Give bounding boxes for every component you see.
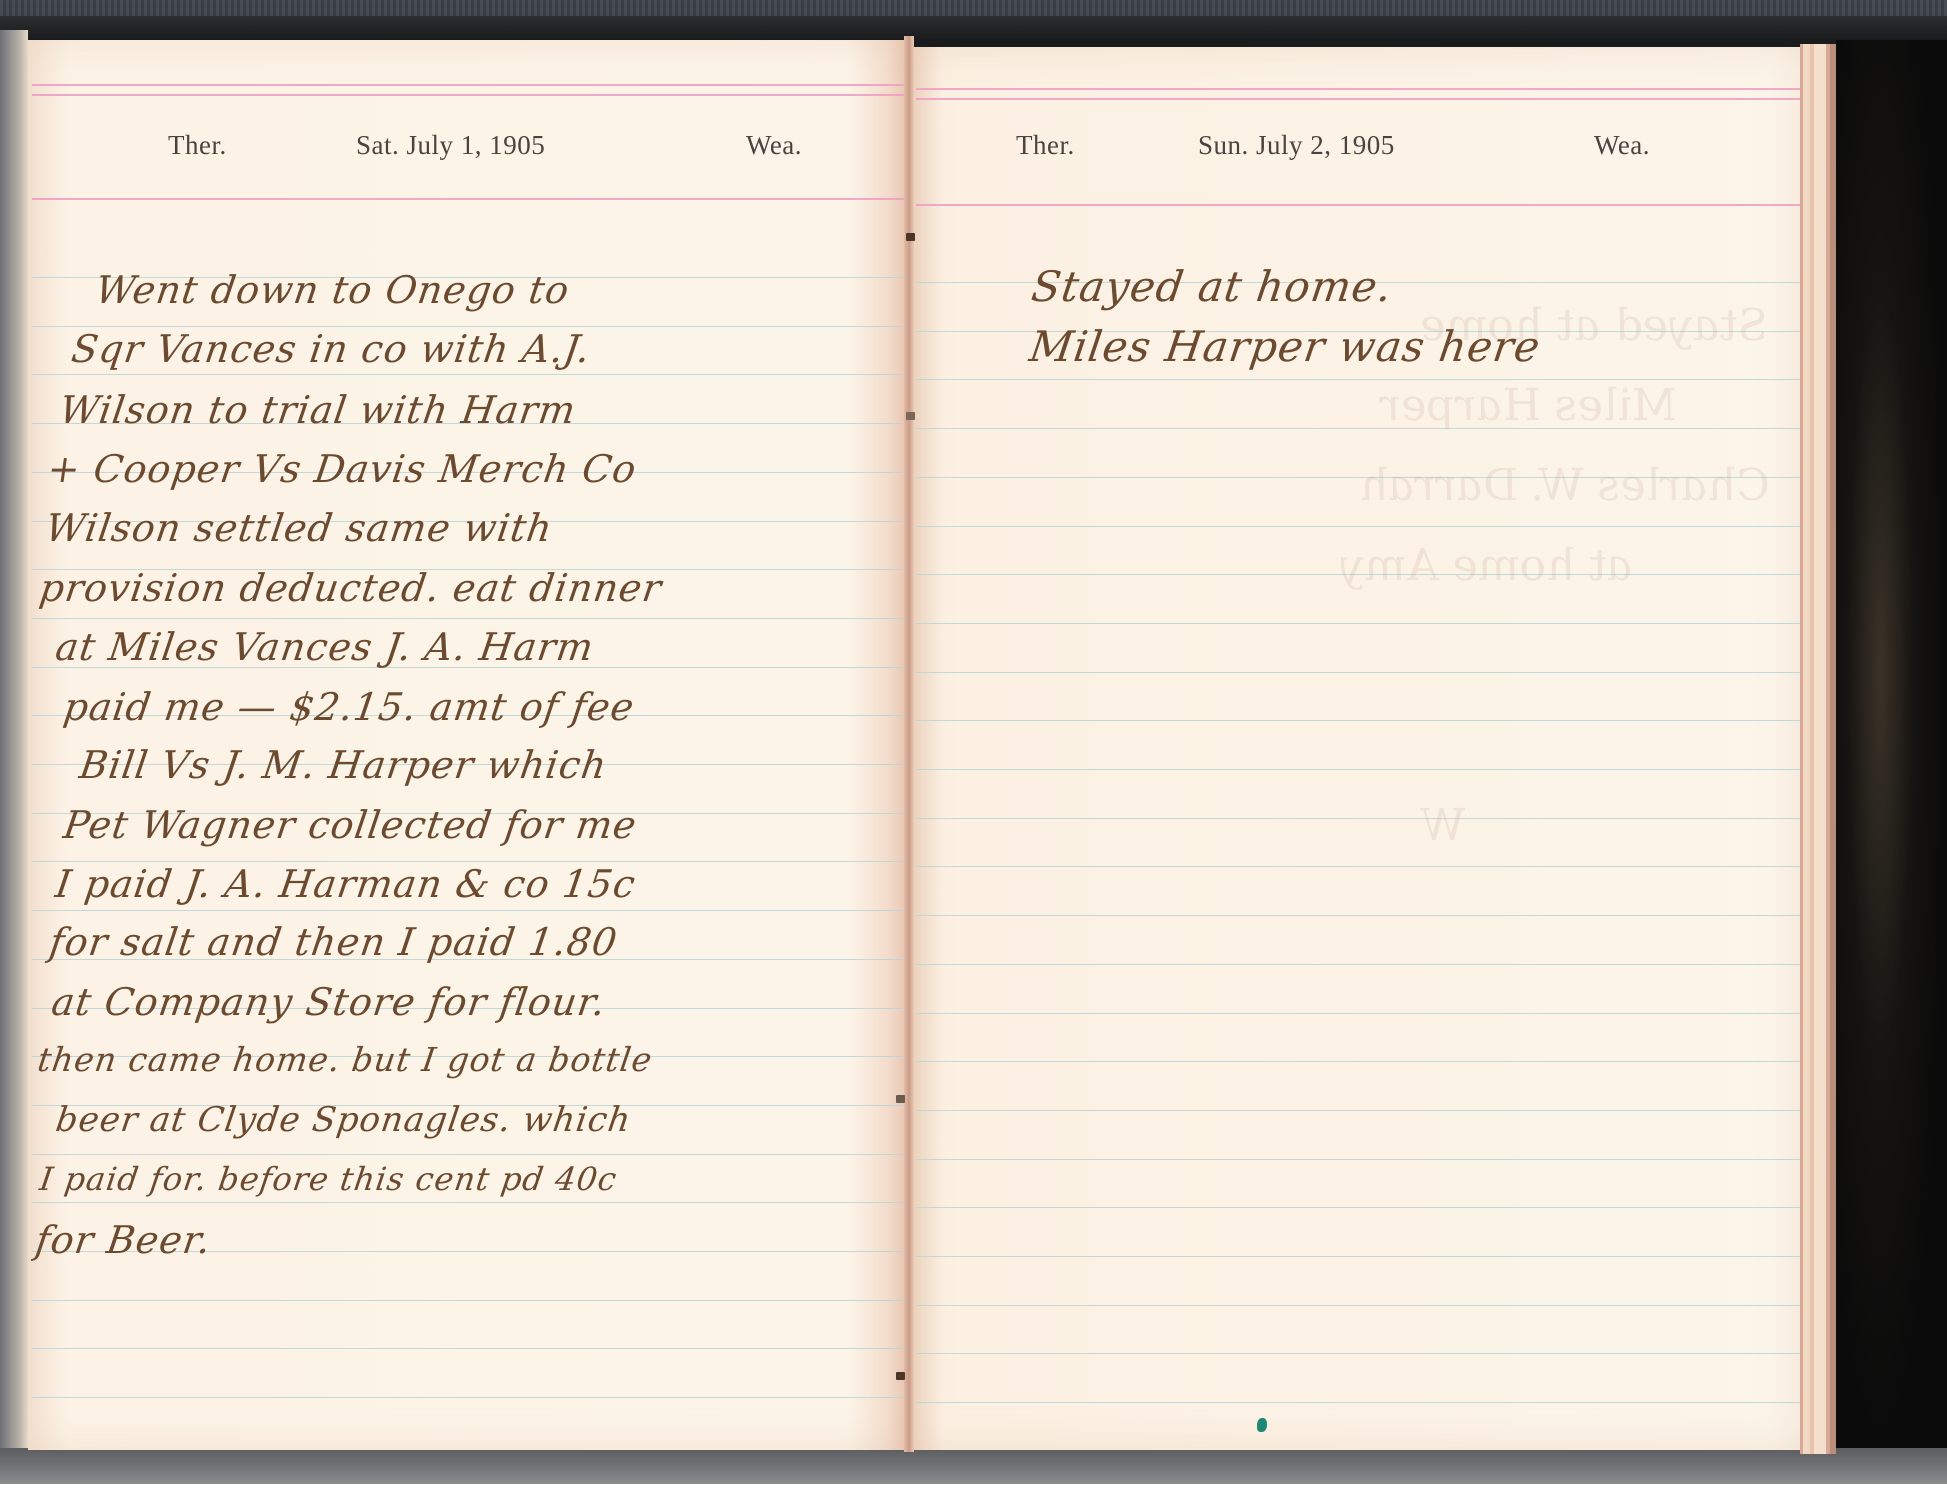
entry-line: paid me — $2.15. amt of fee [61, 685, 637, 729]
bleed-through-text: Miles Harper [1376, 380, 1682, 431]
entry-line: I paid J. A. Harman & co 15c [53, 862, 639, 906]
blue-rule [916, 915, 1800, 916]
blue-rule [916, 720, 1800, 721]
entry-line: provision deducted. eat dinner [37, 566, 665, 610]
blue-rule [32, 1348, 904, 1349]
blue-rule [916, 1207, 1800, 1208]
book-cover-right [1836, 40, 1947, 1448]
entry-line: for Beer. [33, 1218, 214, 1262]
entry-line: Wilson settled same with [43, 506, 556, 550]
blue-rule [32, 1154, 904, 1155]
blue-rule [916, 672, 1800, 673]
binding-stitch [896, 1095, 905, 1103]
blue-rule [916, 1305, 1800, 1306]
entry-line: at Company Store for flour. [49, 980, 609, 1024]
blue-rule [32, 910, 904, 911]
bleed-through-text: at home Amy [1336, 540, 1638, 591]
right-page [912, 47, 1800, 1450]
entry-line: + Cooper Vs Davis Merch Co [45, 447, 640, 491]
blue-rule [916, 1353, 1800, 1354]
scanner-top-strip [0, 0, 1947, 16]
entry-line: for salt and then I paid 1.80 [47, 920, 621, 964]
pink-rule [32, 84, 904, 86]
scanner-bottom-strip [0, 1448, 1947, 1484]
binding-stitch [906, 233, 915, 241]
blue-rule [916, 1402, 1800, 1403]
page-block-edge [1800, 44, 1836, 1454]
blue-rule [916, 964, 1800, 965]
blue-rule [32, 374, 904, 375]
blue-rule [916, 818, 1800, 819]
entry-line: Pet Wagner collected for me [61, 803, 640, 847]
entry-line: Bill Vs J. M. Harper which [77, 743, 610, 787]
bleed-through-text: W [1416, 800, 1470, 851]
blue-rule [32, 1397, 904, 1398]
ink-spot [1257, 1418, 1267, 1432]
blue-rule [32, 618, 904, 619]
blue-rule [916, 1061, 1800, 1062]
entry-line: Stayed at home. [1029, 262, 1396, 311]
blue-rule [916, 1159, 1800, 1160]
blue-rule [916, 769, 1800, 770]
entry-line: Sqr Vances in co with A.J. [69, 327, 594, 371]
book-cover-left-edge [0, 30, 28, 1450]
blue-rule [32, 1300, 904, 1301]
blue-rule [916, 1013, 1800, 1014]
blue-rule [916, 866, 1800, 867]
left-header-ther: Ther. [168, 130, 227, 170]
blue-rule [32, 1202, 904, 1203]
blue-rule [916, 1256, 1800, 1257]
right-header-ther: Ther. [1016, 130, 1075, 170]
entry-line: Went down to Onego to [93, 268, 573, 312]
binding-stitch [906, 412, 915, 420]
pink-rule [32, 198, 904, 200]
entry-line: I paid for. before this cent pd 40c [37, 1160, 619, 1198]
pink-rule [916, 88, 1800, 90]
right-header-wea: Wea. [1594, 130, 1650, 170]
binding-stitch [896, 1372, 905, 1380]
entry-line: beer at Clyde Sponagles. which [53, 1100, 634, 1140]
pink-rule [916, 204, 1800, 206]
entry-line: then came home. but I got a bottle [35, 1040, 655, 1079]
entry-line: Wilson to trial with Harm [57, 388, 579, 432]
entry-line: at Miles Vances J. A. Harm [53, 625, 597, 669]
left-header-date: Sat. July 1, 1905 [356, 130, 545, 170]
bleed-through-text: Charles W. Darrah [1356, 460, 1775, 511]
left-header-wea: Wea. [746, 130, 802, 170]
blue-rule [916, 1110, 1800, 1111]
binding-gutter [904, 36, 914, 1452]
blue-rule [916, 526, 1800, 527]
right-header-date: Sun. July 2, 1905 [1198, 130, 1395, 170]
pink-rule [916, 98, 1800, 100]
blue-rule [916, 623, 1800, 624]
entry-line: Miles Harper was here [1027, 322, 1544, 371]
pink-rule [32, 94, 904, 96]
